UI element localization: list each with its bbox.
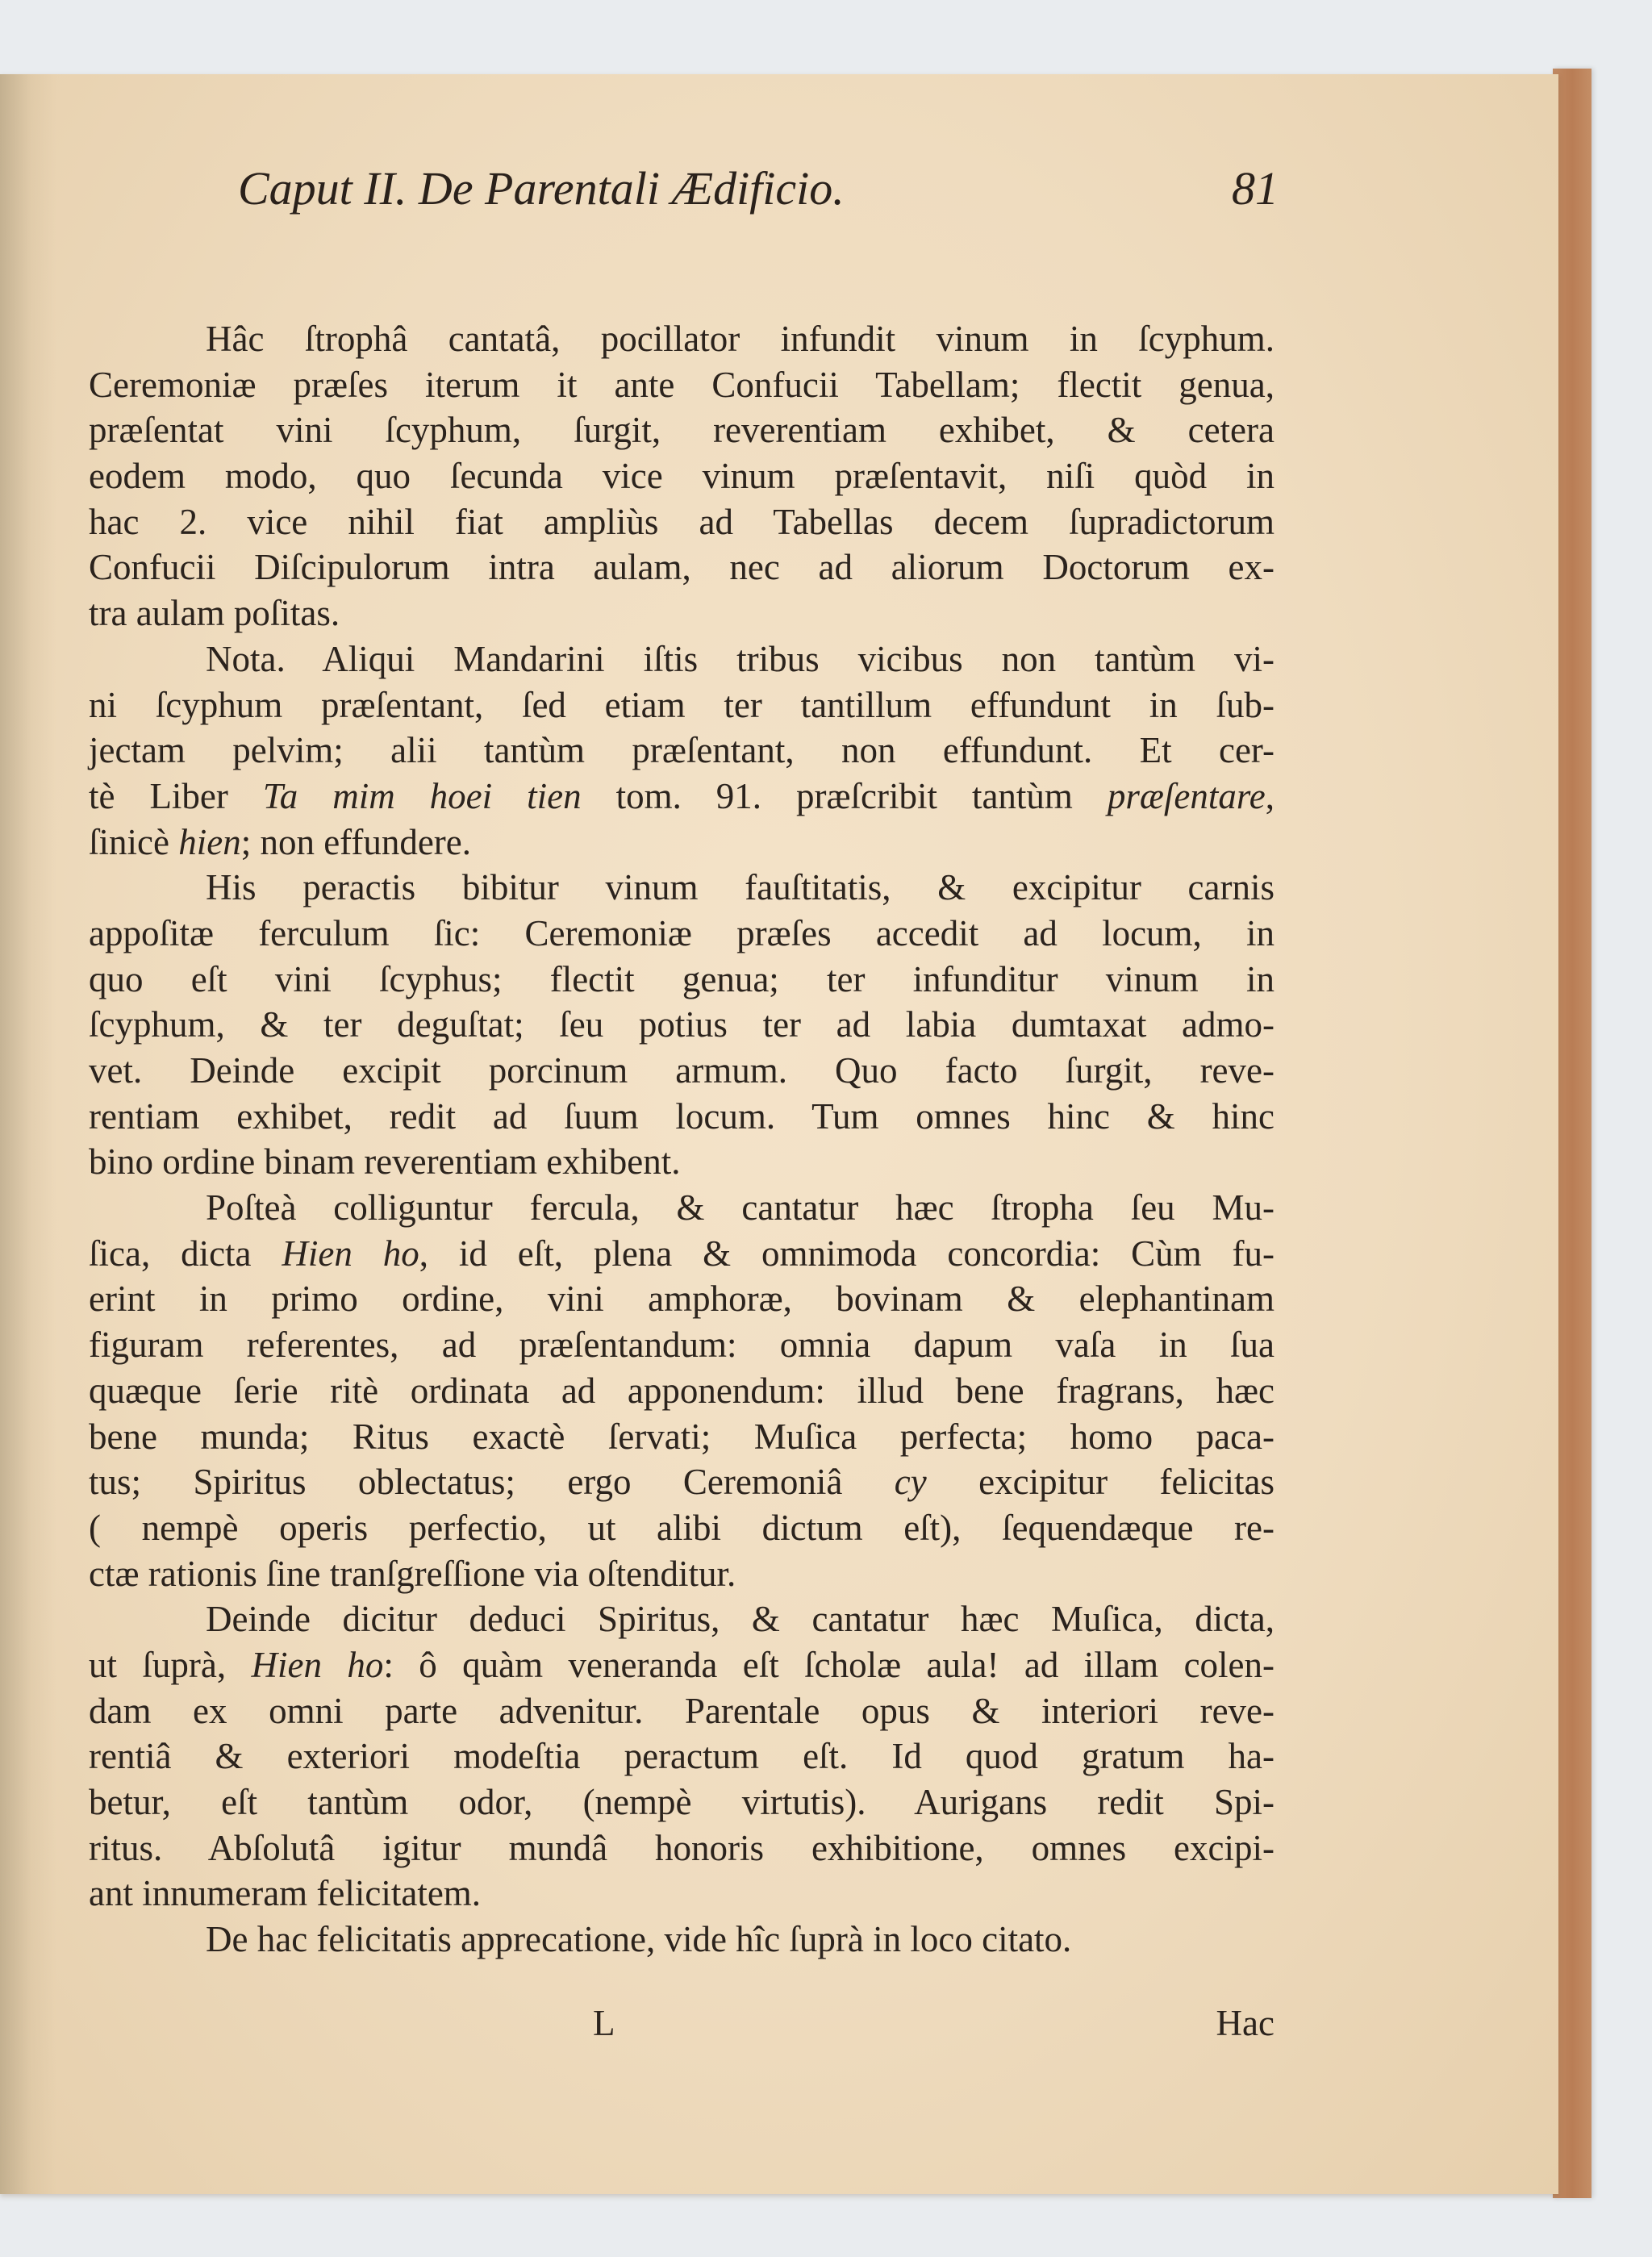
page-fore-edge [1553,69,1592,2198]
text-run: tra aulam poſitas. [89,593,340,633]
paragraph: Poſteà colliguntur fercula, & cantatur h… [89,1185,1274,1596]
page-number: 81 [1232,161,1279,215]
text-line: ſica, dicta Hien ho, id eſt, plena & omn… [89,1231,1274,1277]
book-page: Caput II. De Parentali Ædificio. 81 Hâc … [0,74,1558,2194]
text-line: ni ſcyphum præſentant, ſed etiam ter tan… [89,682,1274,728]
text-run: Hâc ſtrophâ cantatâ, pocillator infundit… [206,319,1274,359]
text-run: ut ſuprà, [89,1645,252,1685]
page-footer: L Hac [89,2002,1274,2050]
text-run: His peractis bibitur vinum fauſtitatis, … [206,867,1274,907]
text-run: bene munda; Ritus exactè ſervati; Muſica… [89,1416,1274,1457]
text-run: ctæ rationis ſine tranſgreſſione via oſt… [89,1554,736,1594]
text-line: Nota. Aliqui Mandarini iſtis tribus vici… [89,636,1274,682]
text-run: eodem modo, quo ſecunda vice vinum præſe… [89,456,1274,496]
text-line: ctæ rationis ſine tranſgreſſione via oſt… [89,1551,1274,1597]
text-run: dam ex omni parte advenitur. Parentale o… [89,1691,1274,1731]
italic-term: Ta mim hoei tien [263,776,582,816]
text-line: vet. Deinde excipit porcinum armum. Quo … [89,1048,1274,1094]
paragraph: His peractis bibitur vinum fauſtitatis, … [89,865,1274,1185]
text-line: præſentat vini ſcyphum, ſurgit, reverent… [89,407,1274,453]
catchword: Hac [1216,2002,1274,2044]
text-run: ſcyphum, & ter deguſtat; ſeu potius ter … [89,1004,1274,1045]
italic-term: cy [895,1462,927,1502]
text-run: ritus. Abſolutâ igitur mundâ honoris exh… [89,1828,1274,1868]
text-line: quæque ſerie ritè ordinata ad apponendum… [89,1368,1274,1414]
text-run: De hac felicitatis apprecatione, vide hî… [206,1919,1071,1959]
text-line: ſcyphum, & ter deguſtat; ſeu potius ter … [89,1002,1274,1048]
text-run: hac 2. vice nihil fiat ampliùs ad Tabell… [89,502,1274,542]
text-line: Poſteà colliguntur fercula, & cantatur h… [89,1185,1274,1231]
text-line: quo eſt vini ſcyphus; flectit genua; ter… [89,957,1274,1003]
text-run: ( nempè operis perfectio, ut alibi dictu… [89,1508,1274,1548]
text-run: bino ordine binam reverentiam exhibent. [89,1141,681,1182]
text-run: ſinicè [89,822,178,862]
text-run: : ô quàm veneranda eſt ſcholæ aula! ad i… [383,1645,1274,1685]
text-run: erint in primo ordine, vini amphoræ, bov… [89,1279,1274,1319]
text-line: bene munda; Ritus exactè ſervati; Muſica… [89,1414,1274,1460]
text-line: ut ſuprà, Hien ho: ô quàm veneranda eſt … [89,1642,1274,1688]
text-line: betur, eſt tantùm odor, (nempè virtutis)… [89,1779,1274,1825]
text-line: ſinicè hien; non effundere. [89,820,1274,866]
italic-term: Hien ho [252,1645,384,1685]
text-line: ant innumeram felicitatem. [89,1871,1274,1917]
text-line: Hâc ſtrophâ cantatâ, pocillator infundit… [89,316,1274,362]
paragraph: De hac felicitatis apprecatione, vide hî… [89,1917,1274,1963]
text-run: Nota. Aliqui Mandarini iſtis tribus vici… [206,639,1274,679]
text-line: ritus. Abſolutâ igitur mundâ honoris exh… [89,1825,1274,1871]
text-line: Confucii Diſcipulorum intra aulam, nec a… [89,544,1274,590]
running-title: Caput II. De Parentali Ædificio. [238,161,845,215]
text-run: , [1266,776,1274,816]
text-run: Ceremoniæ præſes iterum it ante Confucii… [89,365,1274,405]
body-text: Hâc ſtrophâ cantatâ, pocillator infundit… [89,316,1274,1963]
text-line: Ceremoniæ præſes iterum it ante Confucii… [89,362,1274,408]
text-run: Poſteà colliguntur fercula, & cantatur h… [206,1187,1274,1228]
italic-term: præſentare [1108,776,1266,816]
text-run: vet. Deinde excipit porcinum armum. Quo … [89,1050,1274,1091]
running-head: Caput II. De Parentali Ædificio. 81 [238,161,1279,226]
text-run: , id eſt, plena & omnimoda concordia: Cù… [419,1233,1274,1274]
text-run: excipitur felicitas [927,1462,1274,1502]
paragraph: Nota. Aliqui Mandarini iſtis tribus vici… [89,636,1274,865]
text-run: tom. 91. præſcribit tantùm [582,776,1108,816]
italic-term: hien [178,822,240,862]
text-run: præſentat vini ſcyphum, ſurgit, reverent… [89,410,1274,450]
text-line: De hac felicitatis apprecatione, vide hî… [89,1917,1274,1963]
text-line: tra aulam poſitas. [89,590,1274,636]
text-line: dam ex omni parte advenitur. Parentale o… [89,1688,1274,1734]
text-run: ant innumeram felicitatem. [89,1873,481,1913]
paragraph: Deinde dicitur deduci Spiritus, & cantat… [89,1596,1274,1917]
text-line: Deinde dicitur deduci Spiritus, & cantat… [89,1596,1274,1642]
text-run: ; non effundere. [241,822,471,862]
text-run: rentiam exhibet, redit ad ſuum locum. Tu… [89,1096,1274,1137]
text-run: quæque ſerie ritè ordinata ad apponendum… [89,1370,1274,1411]
text-run: quo eſt vini ſcyphus; flectit genua; ter… [89,959,1274,999]
paragraph: Hâc ſtrophâ cantatâ, pocillator infundit… [89,316,1274,636]
text-line: eodem modo, quo ſecunda vice vinum præſe… [89,453,1274,499]
text-run: ni ſcyphum præſentant, ſed etiam ter tan… [89,685,1274,725]
text-run: ſica, dicta [89,1233,282,1274]
text-run: appoſitæ ferculum ſic: Ceremoniæ præſes … [89,913,1274,953]
text-line: jectam pelvim; alii tantùm præſentant, n… [89,728,1274,774]
text-line: rentiam exhibet, redit ad ſuum locum. Tu… [89,1094,1274,1140]
text-line: bino ordine binam reverentiam exhibent. [89,1139,1274,1185]
signature-mark: L [593,2002,615,2044]
text-run: Deinde dicitur deduci Spiritus, & cantat… [206,1599,1274,1639]
text-line: His peractis bibitur vinum fauſtitatis, … [89,865,1274,911]
text-line: appoſitæ ferculum ſic: Ceremoniæ præſes … [89,911,1274,957]
text-line: rentiâ & exteriori modeſtia peractum eſt… [89,1733,1274,1779]
text-run: rentiâ & exteriori modeſtia peractum eſt… [89,1736,1274,1776]
text-line: ( nempè operis perfectio, ut alibi dictu… [89,1505,1274,1551]
text-run: betur, eſt tantùm odor, (nempè virtutis)… [89,1782,1274,1822]
text-run: Confucii Diſcipulorum intra aulam, nec a… [89,547,1274,587]
text-run: figuram referentes, ad præſentandum: omn… [89,1325,1274,1365]
text-run: tè Liber [89,776,263,816]
text-line: tus; Spiritus oblectatus; ergo Ceremoniâ… [89,1459,1274,1505]
text-line: tè Liber Ta mim hoei tien tom. 91. præſc… [89,774,1274,820]
gutter-shadow [0,74,56,2194]
text-run: jectam pelvim; alii tantùm præſentant, n… [89,730,1274,770]
text-run: tus; Spiritus oblectatus; ergo Ceremoniâ [89,1462,895,1502]
text-line: figuram referentes, ad præſentandum: omn… [89,1322,1274,1368]
italic-term: Hien ho [282,1233,419,1274]
text-line: hac 2. vice nihil fiat ampliùs ad Tabell… [89,499,1274,545]
text-line: erint in primo ordine, vini amphoræ, bov… [89,1276,1274,1322]
